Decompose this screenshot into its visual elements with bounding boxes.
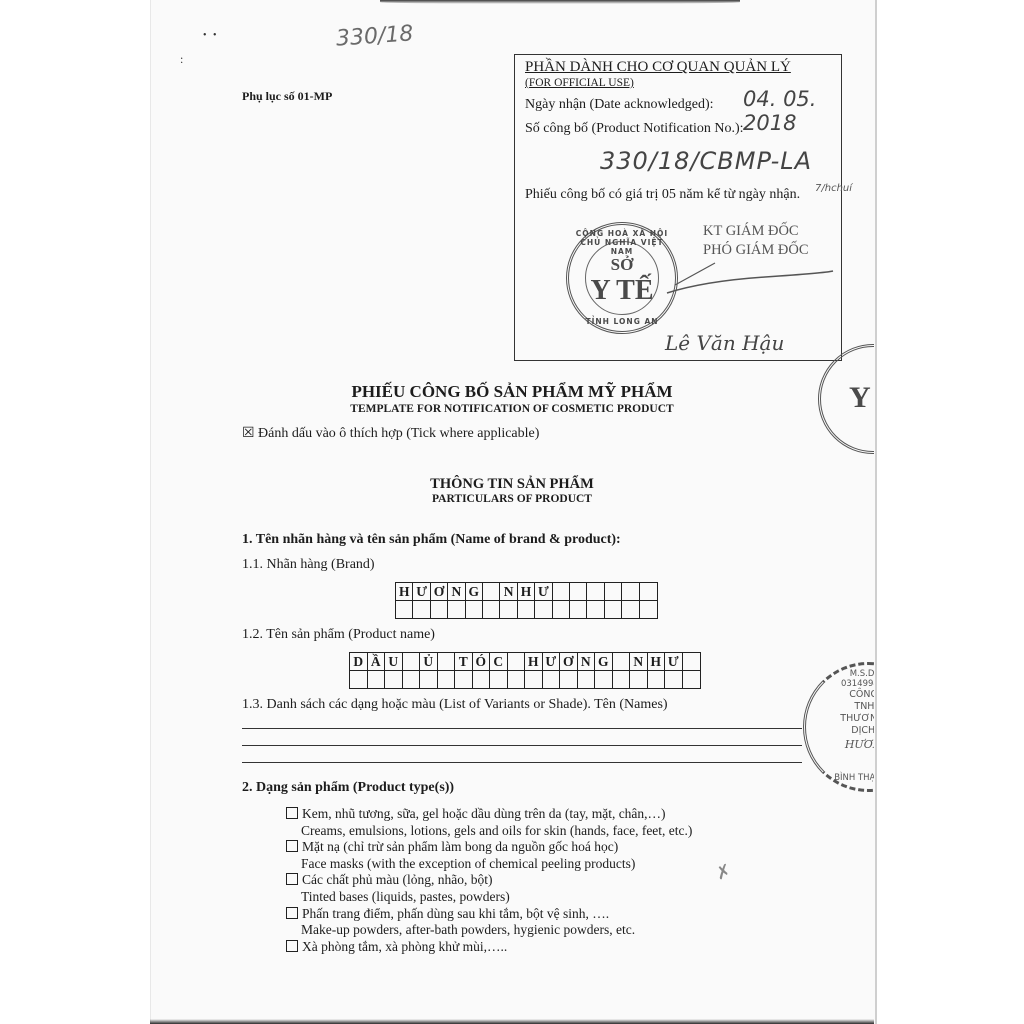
section-title-english: PARTICULARS OF PRODUCT [150,493,874,505]
product-name-letter-grid[interactable]: DẦUỦTÓCHƯƠNGNHƯ [349,652,701,689]
letter-cell[interactable] [587,583,604,601]
letter-cell[interactable] [508,653,526,671]
letter-cell[interactable] [525,671,543,688]
letter-cell[interactable] [413,601,430,618]
letter-cell[interactable]: Ư [535,583,552,601]
letter-cell[interactable]: Ơ [431,583,448,601]
letter-cell[interactable]: N [500,583,517,601]
letter-cell[interactable] [665,671,683,688]
letter-cell[interactable] [385,671,403,688]
letter-cell[interactable]: H [518,583,535,601]
letter-cell[interactable] [605,601,622,618]
product-type-vn: Mặt nạ (chỉ trừ sản phẩm làm bong da ngu… [286,839,692,856]
product-type-en: Make-up powders, after-bath powders, hyg… [286,922,692,939]
product-type-vn: Phấn trang điểm, phấn dùng sau khi tắm, … [286,906,692,923]
form-title: PHIẾU CÔNG BỐ SẢN PHẨM MỸ PHẨM [150,382,874,402]
product-type-item: Phấn trang điểm, phấn dùng sau khi tắm, … [286,906,692,939]
letter-cell[interactable] [403,653,421,671]
letter-cell[interactable] [640,583,657,601]
letter-cell[interactable]: H [396,583,413,601]
letter-cell[interactable]: Ơ [560,653,578,671]
letter-cell[interactable] [640,601,657,618]
letter-cell[interactable]: N [578,653,596,671]
checkbox-icon[interactable] [286,840,298,852]
product-type-en: Face masks (with the exception of chemic… [286,856,692,873]
brand-label: 1.1. Nhãn hàng (Brand) [242,557,375,573]
letter-cell[interactable] [396,601,413,618]
letter-cell[interactable]: Ầ [368,653,386,671]
letter-cell[interactable]: H [525,653,543,671]
letter-cell[interactable] [543,671,561,688]
company-line-1: CÔNG T [828,689,874,700]
letter-cell[interactable] [570,601,587,618]
letter-cell[interactable] [420,671,438,688]
letter-cell[interactable] [448,601,465,618]
checkbox-icon[interactable] [286,907,298,919]
letter-cell[interactable]: C [490,653,508,671]
letter-cell[interactable] [368,671,386,688]
tick-instruction: ☒ Đánh dấu vào ô thích hợp (Tick where a… [242,425,539,442]
letter-cell[interactable] [455,671,473,688]
letter-cell[interactable]: T [455,653,473,671]
letter-cell[interactable] [553,601,570,618]
letter-cell[interactable] [587,601,604,618]
letter-cell[interactable] [605,583,622,601]
product-type-item: Kem, nhũ tương, sữa, gel hoặc dầu dùng t… [286,806,692,839]
letter-cell[interactable] [683,671,701,688]
letter-cell[interactable] [622,601,639,618]
product-type-en: Creams, emulsions, lotions, gels and oil… [286,823,692,840]
letter-cell[interactable] [518,601,535,618]
letter-cell[interactable]: H [648,653,666,671]
letter-cell[interactable] [613,671,631,688]
company-ring-bottom: BÌNH THẠNH - T [828,773,874,783]
product-type-list: Kem, nhũ tương, sữa, gel hoặc dầu dùng t… [286,806,692,955]
letter-cell[interactable]: N [630,653,648,671]
letter-cell[interactable] [438,671,456,688]
letter-cell[interactable]: Ư [665,653,683,671]
company-tax-code: M.S.D.N: 0314994921 [828,669,874,689]
section1-heading: 1. Tên nhãn hàng và tên sản phẩm (Name o… [242,532,621,548]
product-type-item: Các chất phủ màu (lỏng, nhão, bột)Tinted… [286,872,692,905]
letter-cell[interactable] [570,583,587,601]
company-stamp: M.S.D.N: 0314994921 CÔNG T TNHH THƯƠNG M… [803,662,874,792]
letter-cell[interactable] [630,671,648,688]
company-line-5: HƯƠNG [828,738,874,751]
form-title-english: TEMPLATE FOR NOTIFICATION OF COSMETIC PR… [150,403,874,415]
variants-label: 1.3. Danh sách các dạng hoặc màu (List o… [242,697,668,713]
section-title: THÔNG TIN SẢN PHẨM [150,476,874,493]
letter-cell[interactable] [683,653,701,671]
letter-cell[interactable]: Ư [543,653,561,671]
company-line-4: DỊCH V [828,725,874,736]
section2-heading: 2. Dạng sản phẩm (Product type(s)) [242,780,454,796]
product-type-vn: Xà phòng tắm, xà phòng khử mùi,….. [286,939,692,956]
letter-cell[interactable] [473,671,491,688]
letter-cell[interactable] [553,583,570,601]
company-line-2: TNHH [828,701,874,712]
letter-cell[interactable] [578,671,596,688]
letter-cell[interactable] [560,671,578,688]
letter-cell[interactable] [535,601,552,618]
product-type-vn: Kem, nhũ tương, sữa, gel hoặc dầu dùng t… [286,806,692,823]
variants-line-1[interactable] [242,728,802,729]
company-line-3: THƯƠNG M [828,713,874,724]
product-type-en: Tinted bases (liquids, pastes, powders) [286,889,692,906]
checkbox-icon[interactable] [286,807,298,819]
product-type-item: Mặt nạ (chỉ trừ sản phẩm làm bong da ngu… [286,839,692,872]
letter-cell[interactable] [431,601,448,618]
letter-cell[interactable] [466,601,483,618]
letter-cell[interactable]: G [466,583,483,601]
letter-cell[interactable] [483,601,500,618]
letter-cell[interactable]: N [448,583,465,601]
letter-cell[interactable]: Ư [413,583,430,601]
letter-cell[interactable]: Ó [473,653,491,671]
letter-cell[interactable] [438,653,456,671]
checkbox-icon[interactable] [286,873,298,885]
letter-cell[interactable]: G [595,653,613,671]
checkbox-icon[interactable] [286,940,298,952]
letter-cell[interactable]: Ủ [420,653,438,671]
letter-cell[interactable] [500,601,517,618]
letter-cell[interactable] [508,671,526,688]
letter-cell[interactable] [490,671,508,688]
letter-cell[interactable] [350,671,368,688]
letter-cell[interactable] [648,671,666,688]
letter-cell[interactable] [613,653,631,671]
letter-cell[interactable] [622,583,639,601]
letter-cell[interactable] [483,583,500,601]
variants-line-2[interactable] [242,745,802,746]
letter-cell[interactable] [403,671,421,688]
brand-letter-grid[interactable]: HƯƠNGNHƯ [395,582,658,619]
product-type-item: Xà phòng tắm, xà phòng khử mùi,….. [286,939,692,956]
letter-cell[interactable]: U [385,653,403,671]
product-type-vn: Các chất phủ màu (lỏng, nhão, bột) [286,872,692,889]
variants-line-3[interactable] [242,762,802,763]
letter-cell[interactable]: D [350,653,368,671]
product-name-label: 1.2. Tên sản phẩm (Product name) [242,627,435,643]
letter-cell[interactable] [595,671,613,688]
